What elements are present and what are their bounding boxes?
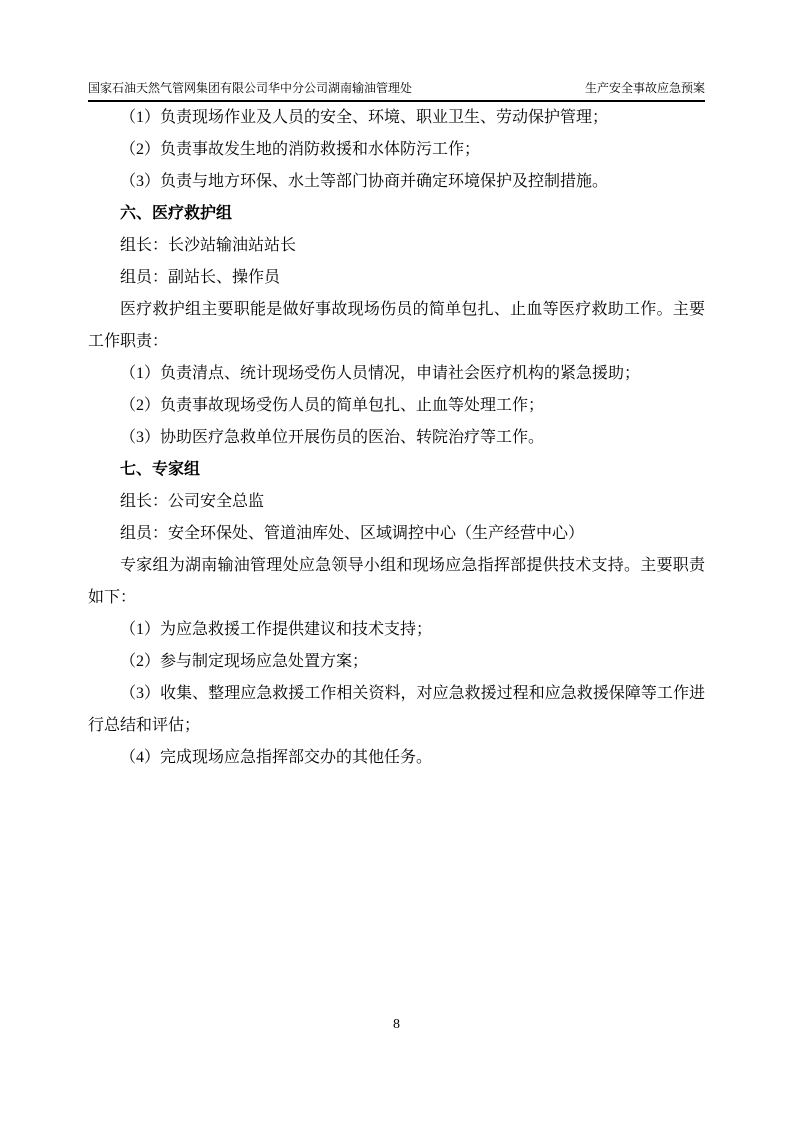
group-function-paragraph: 医疗救护组主要职能是做好事故现场伤员的简单包扎、止血等医疗救助工作。主要工作职责… bbox=[88, 294, 705, 358]
group-function-paragraph: 专家组为湖南输油管理处应急领导小组和现场应急指挥部提供技术支持。主要职责如下： bbox=[88, 550, 705, 614]
duty-item: （3）收集、整理应急救援工作相关资料，对应急救援过程和应急救援保障等工作进行总结… bbox=[88, 678, 705, 742]
group-leader-line: 组长：长沙站输油站站长 bbox=[88, 230, 705, 262]
document-body: （1）负责现场作业及人员的安全、环境、职业卫生、劳动保护管理； （2）负责事故发… bbox=[88, 102, 705, 774]
section-heading-expert-group: 七、专家组 bbox=[88, 454, 705, 486]
document-page: 国家石油天然气管网集团有限公司华中分公司湖南输油管理处 生产安全事故应急预案 （… bbox=[0, 0, 793, 1122]
duty-item: （2）参与制定现场应急处置方案； bbox=[88, 646, 705, 678]
group-members-line: 组员：安全环保处、管道油库处、区域调控中心（生产经营中心） bbox=[88, 518, 705, 550]
duty-item: （1）负责现场作业及人员的安全、环境、职业卫生、劳动保护管理； bbox=[88, 102, 705, 134]
duty-item: （2）负责事故现场受伤人员的简单包扎、止血等处理工作； bbox=[88, 390, 705, 422]
duty-item: （2）负责事故发生地的消防救援和水体防污工作； bbox=[88, 134, 705, 166]
section-heading-medical-rescue-group: 六、医疗救护组 bbox=[88, 198, 705, 230]
page-header: 国家石油天然气管网集团有限公司华中分公司湖南输油管理处 生产安全事故应急预案 bbox=[88, 80, 705, 102]
duty-item: （1）为应急救援工作提供建议和技术支持； bbox=[88, 614, 705, 646]
header-right-text: 生产安全事故应急预案 bbox=[585, 80, 705, 96]
group-members-line: 组员：副站长、操作员 bbox=[88, 262, 705, 294]
page-footer: 8 bbox=[0, 1016, 793, 1034]
duty-item: （3）协助医疗急救单位开展伤员的医治、转院治疗等工作。 bbox=[88, 422, 705, 454]
duty-item: （1）负责清点、统计现场受伤人员情况，申请社会医疗机构的紧急援助； bbox=[88, 358, 705, 390]
group-leader-line: 组长：公司安全总监 bbox=[88, 486, 705, 518]
header-left-text: 国家石油天然气管网集团有限公司华中分公司湖南输油管理处 bbox=[88, 80, 412, 96]
duty-item: （4）完成现场应急指挥部交办的其他任务。 bbox=[88, 742, 705, 774]
page-number: 8 bbox=[393, 1017, 400, 1032]
duty-item: （3）负责与地方环保、水土等部门协商并确定环境保护及控制措施。 bbox=[88, 166, 705, 198]
